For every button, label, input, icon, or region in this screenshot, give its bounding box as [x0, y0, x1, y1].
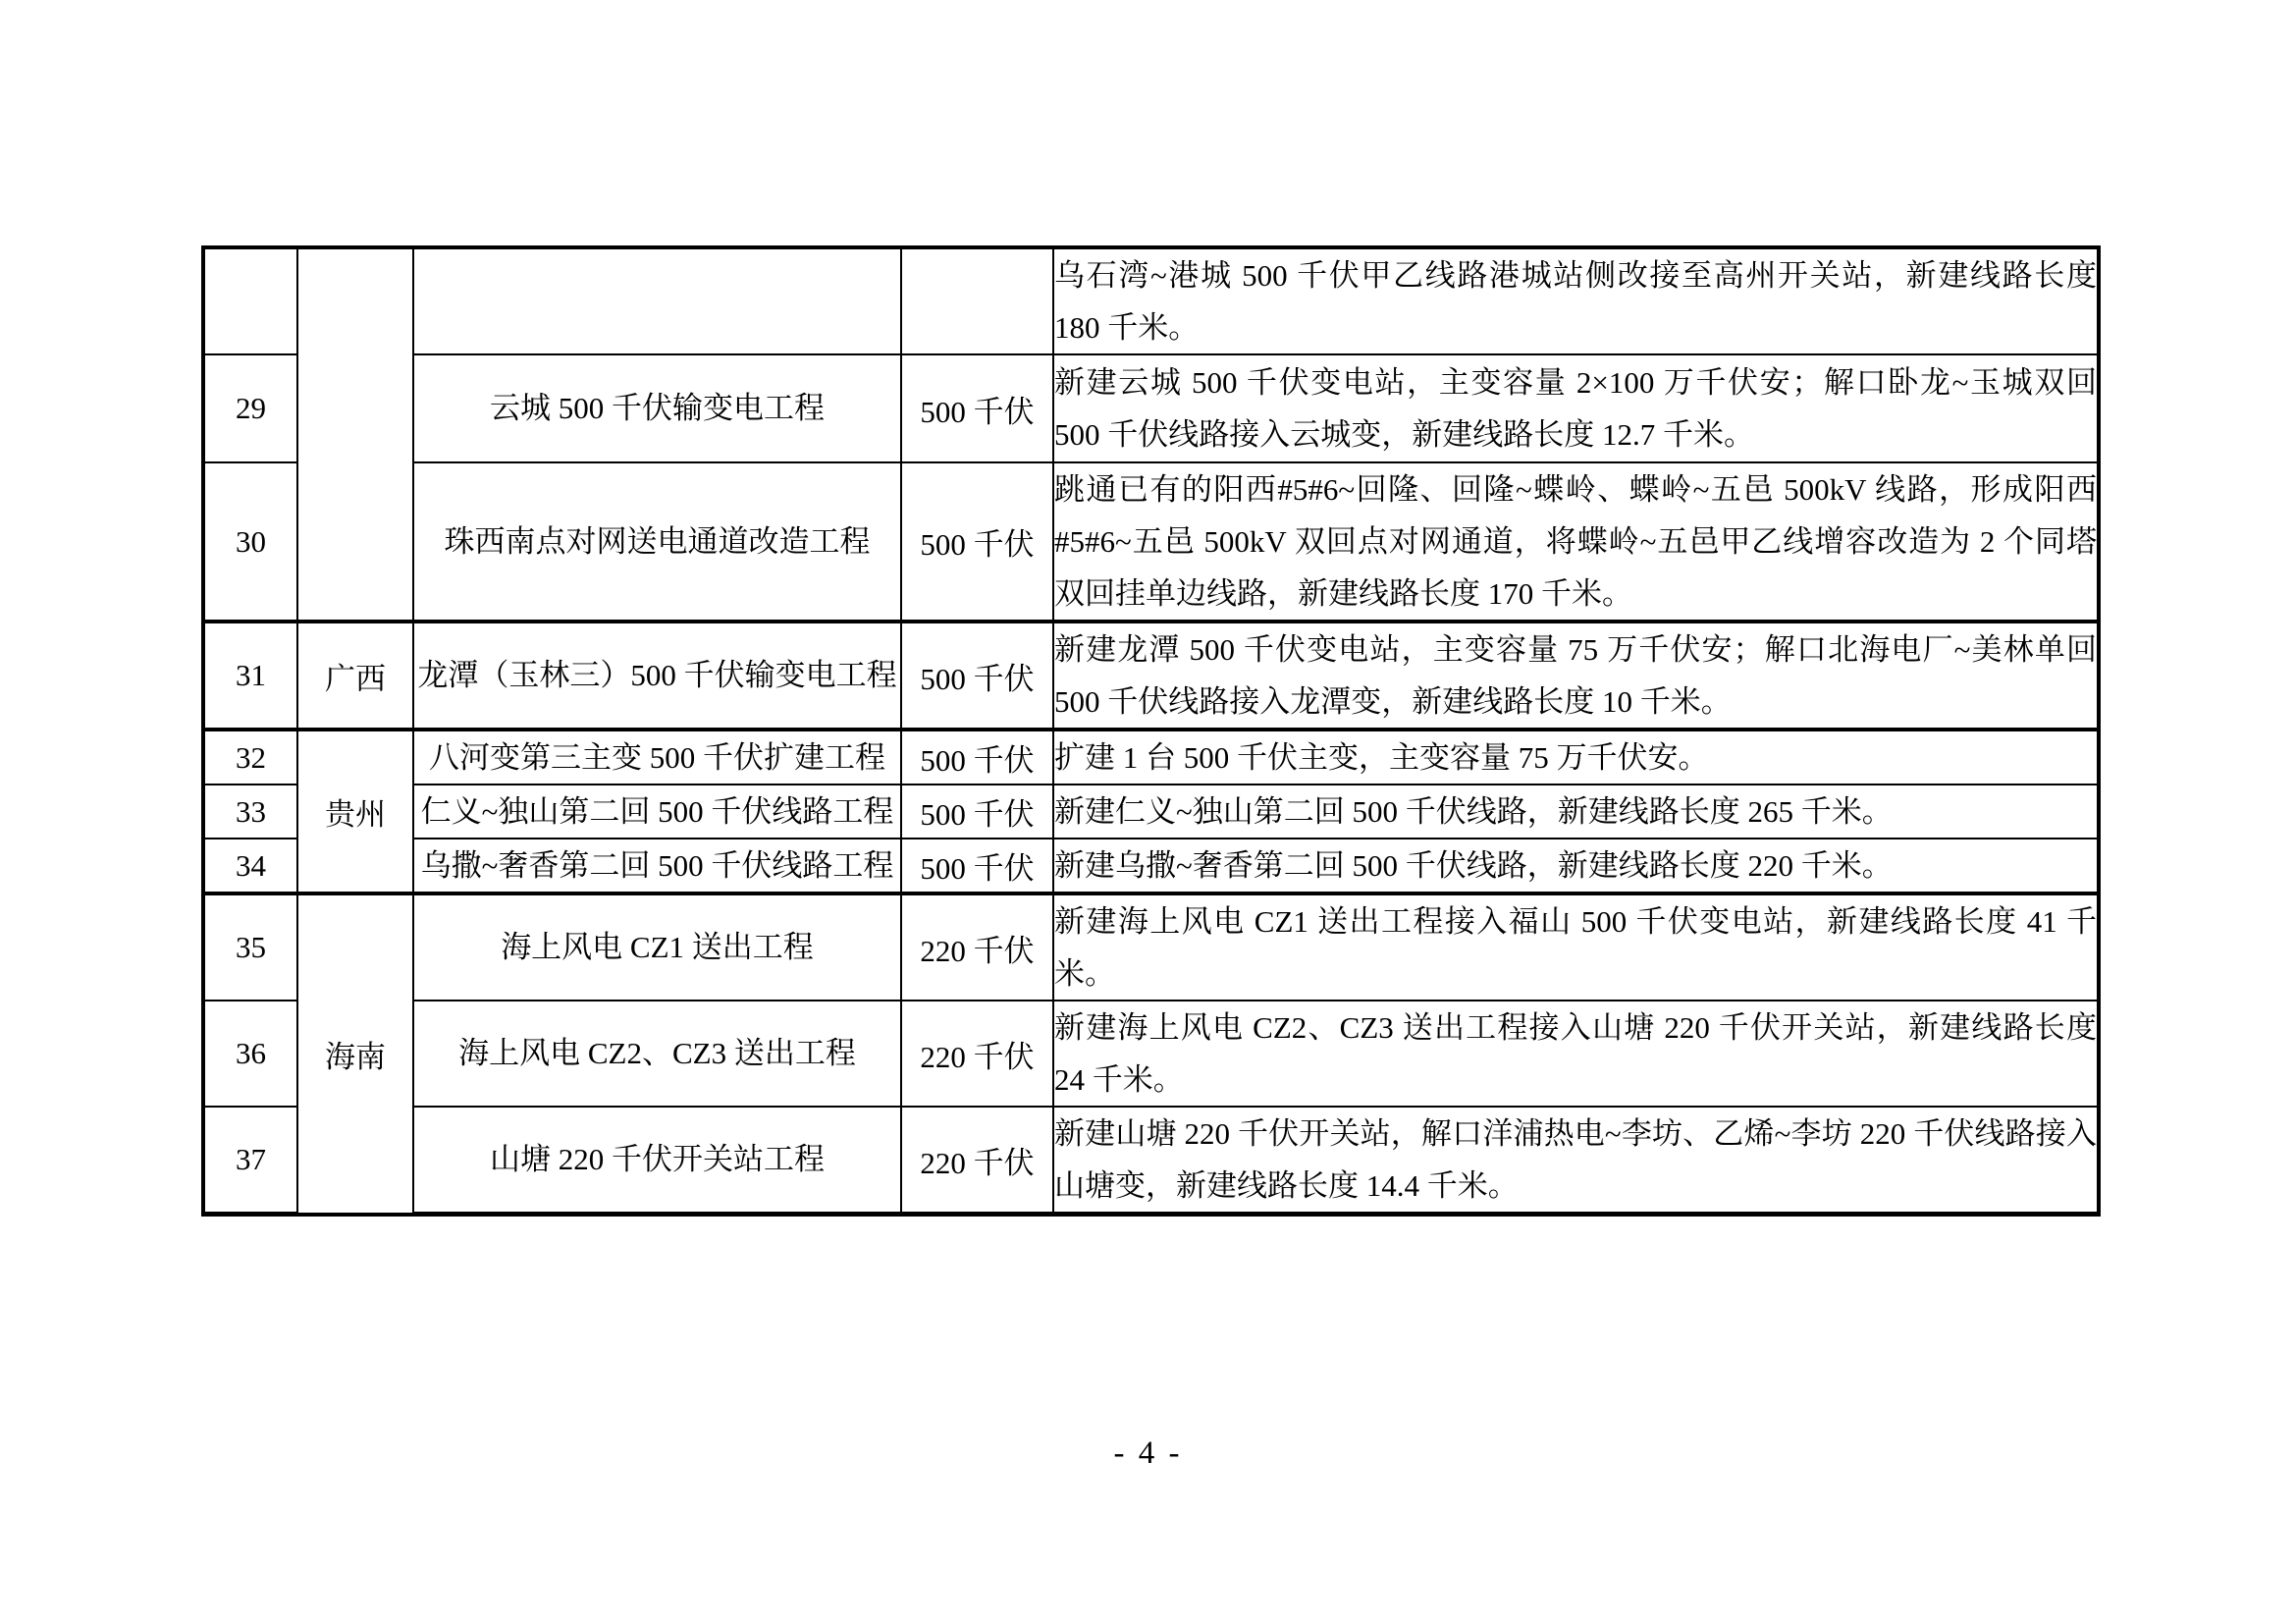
- document-page: 乌石湾~港城 500 千伏甲乙线路港城站侧改接至高州开关站，新建线路长度 180…: [0, 0, 2296, 1624]
- cell-project-name: 龙潭（玉林三）500 千伏输变电工程: [413, 622, 901, 730]
- table-row: 29 云城 500 千伏输变电工程 500 千伏 新建云城 500 千伏变电站，…: [203, 354, 2099, 462]
- cell-description: 新建乌撒~奢香第二回 500 千伏线路，新建线路长度 220 千米。: [1053, 839, 2099, 893]
- cell-voltage: 500 千伏: [901, 730, 1053, 785]
- table-row: 36 海上风电 CZ2、CZ3 送出工程 220 千伏 新建海上风电 CZ2、C…: [203, 1001, 2099, 1107]
- cell-project-name: [413, 247, 901, 354]
- table-row: 37 山塘 220 千伏开关站工程 220 千伏 新建山塘 220 千伏开关站，…: [203, 1107, 2099, 1215]
- cell-description: 新建云城 500 千伏变电站，主变容量 2×100 万千伏安；解口卧龙~玉城双回…: [1053, 354, 2099, 462]
- cell-no: [203, 247, 297, 354]
- cell-voltage: 220 千伏: [901, 1107, 1053, 1215]
- cell-no: 36: [203, 1001, 297, 1107]
- cell-project-name: 云城 500 千伏输变电工程: [413, 354, 901, 462]
- cell-description: 乌石湾~港城 500 千伏甲乙线路港城站侧改接至高州开关站，新建线路长度 180…: [1053, 247, 2099, 354]
- table-row: 乌石湾~港城 500 千伏甲乙线路港城站侧改接至高州开关站，新建线路长度 180…: [203, 247, 2099, 354]
- cell-no: 30: [203, 462, 297, 622]
- cell-description: 新建仁义~独山第二回 500 千伏线路，新建线路长度 265 千米。: [1053, 785, 2099, 839]
- cell-province: [297, 247, 413, 622]
- projects-table: 乌石湾~港城 500 千伏甲乙线路港城站侧改接至高州开关站，新建线路长度 180…: [201, 245, 2101, 1217]
- cell-description: 新建龙潭 500 千伏变电站，主变容量 75 万千伏安；解口北海电厂~美林单回 …: [1053, 622, 2099, 730]
- cell-project-name: 八河变第三主变 500 千伏扩建工程: [413, 730, 901, 785]
- cell-project-name: 珠西南点对网送电通道改造工程: [413, 462, 901, 622]
- cell-voltage: 500 千伏: [901, 354, 1053, 462]
- cell-voltage: 500 千伏: [901, 622, 1053, 730]
- page-number: - 4 -: [0, 1435, 2296, 1472]
- cell-province: 海南: [297, 893, 413, 1215]
- table-row: 30 珠西南点对网送电通道改造工程 500 千伏 跳通已有的阳西#5#6~回隆、…: [203, 462, 2099, 622]
- cell-no: 35: [203, 893, 297, 1001]
- cell-voltage: [901, 247, 1053, 354]
- cell-voltage: 220 千伏: [901, 893, 1053, 1001]
- cell-province: 贵州: [297, 730, 413, 893]
- cell-no: 34: [203, 839, 297, 893]
- table-row: 34 乌撒~奢香第二回 500 千伏线路工程 500 千伏 新建乌撒~奢香第二回…: [203, 839, 2099, 893]
- table-row: 35 海南 海上风电 CZ1 送出工程 220 千伏 新建海上风电 CZ1 送出…: [203, 893, 2099, 1001]
- cell-project-name: 仁义~独山第二回 500 千伏线路工程: [413, 785, 901, 839]
- cell-project-name: 乌撒~奢香第二回 500 千伏线路工程: [413, 839, 901, 893]
- cell-voltage: 220 千伏: [901, 1001, 1053, 1107]
- cell-description: 跳通已有的阳西#5#6~回隆、回隆~蝶岭、蝶岭~五邑 500kV 线路，形成阳西…: [1053, 462, 2099, 622]
- cell-project-name: 海上风电 CZ2、CZ3 送出工程: [413, 1001, 901, 1107]
- cell-no: 37: [203, 1107, 297, 1215]
- cell-no: 32: [203, 730, 297, 785]
- cell-no: 29: [203, 354, 297, 462]
- cell-province: 广西: [297, 622, 413, 730]
- cell-voltage: 500 千伏: [901, 839, 1053, 893]
- cell-voltage: 500 千伏: [901, 785, 1053, 839]
- cell-project-name: 海上风电 CZ1 送出工程: [413, 893, 901, 1001]
- cell-description: 新建海上风电 CZ1 送出工程接入福山 500 千伏变电站，新建线路长度 41 …: [1053, 893, 2099, 1001]
- cell-voltage: 500 千伏: [901, 462, 1053, 622]
- cell-project-name: 山塘 220 千伏开关站工程: [413, 1107, 901, 1215]
- cell-no: 31: [203, 622, 297, 730]
- cell-description: 新建海上风电 CZ2、CZ3 送出工程接入山塘 220 千伏开关站，新建线路长度…: [1053, 1001, 2099, 1107]
- table-row: 32 贵州 八河变第三主变 500 千伏扩建工程 500 千伏 扩建 1 台 5…: [203, 730, 2099, 785]
- cell-description: 新建山塘 220 千伏开关站，解口洋浦热电~李坊、乙烯~李坊 220 千伏线路接…: [1053, 1107, 2099, 1215]
- cell-no: 33: [203, 785, 297, 839]
- cell-description: 扩建 1 台 500 千伏主变，主变容量 75 万千伏安。: [1053, 730, 2099, 785]
- table-row: 31 广西 龙潭（玉林三）500 千伏输变电工程 500 千伏 新建龙潭 500…: [203, 622, 2099, 730]
- table-row: 33 仁义~独山第二回 500 千伏线路工程 500 千伏 新建仁义~独山第二回…: [203, 785, 2099, 839]
